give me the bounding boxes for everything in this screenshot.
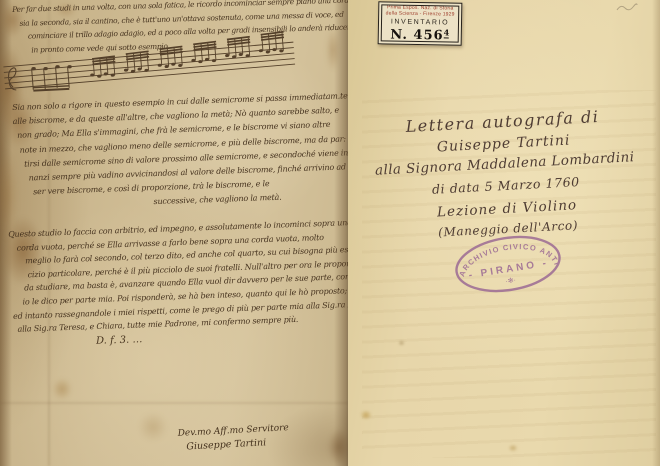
ink-stain bbox=[398, 340, 405, 346]
left-page: Per far due studi in una volta, con una … bbox=[0, 0, 348, 466]
paper-crease bbox=[0, 402, 348, 404]
ink-stain bbox=[138, 412, 168, 442]
pencil-scribble bbox=[616, 2, 638, 14]
stamp-ornament: ·✻· bbox=[505, 276, 517, 286]
docket-line: D. f. 3. … bbox=[96, 334, 143, 347]
signature-block: Dev.mo Aff.mo Servitore Giuseppe Tartini bbox=[177, 421, 290, 455]
title-inscription: Lettera autografa di Guiseppe Tartini al… bbox=[364, 105, 646, 243]
paragraph-closing: Questo studio lo faccia con arbitrio, ed… bbox=[8, 215, 375, 336]
inventory-number-suffix: 4 bbox=[444, 27, 450, 38]
label-inventario: INVENTARIO bbox=[379, 18, 461, 26]
ink-stain bbox=[360, 410, 372, 420]
inventory-number: N. 4564 bbox=[379, 26, 461, 43]
right-page: Prima Espos. Naz. di Storia della Scienz… bbox=[348, 0, 660, 466]
label-exposition-line: della Scienza - Firenze 1929 bbox=[379, 11, 461, 18]
ink-stain bbox=[52, 378, 72, 400]
manuscript-scan: Per far due studi in una volta, con una … bbox=[0, 0, 660, 466]
inventory-number-main: N. 456 bbox=[390, 27, 444, 43]
page-edge-shadow bbox=[652, 0, 660, 466]
paragraph-semicrome: Sia non solo a rigore in questo esempio … bbox=[12, 89, 360, 215]
ink-stain bbox=[508, 444, 518, 452]
inventory-label: Prima Espos. Naz. di Storia della Scienz… bbox=[378, 1, 463, 45]
